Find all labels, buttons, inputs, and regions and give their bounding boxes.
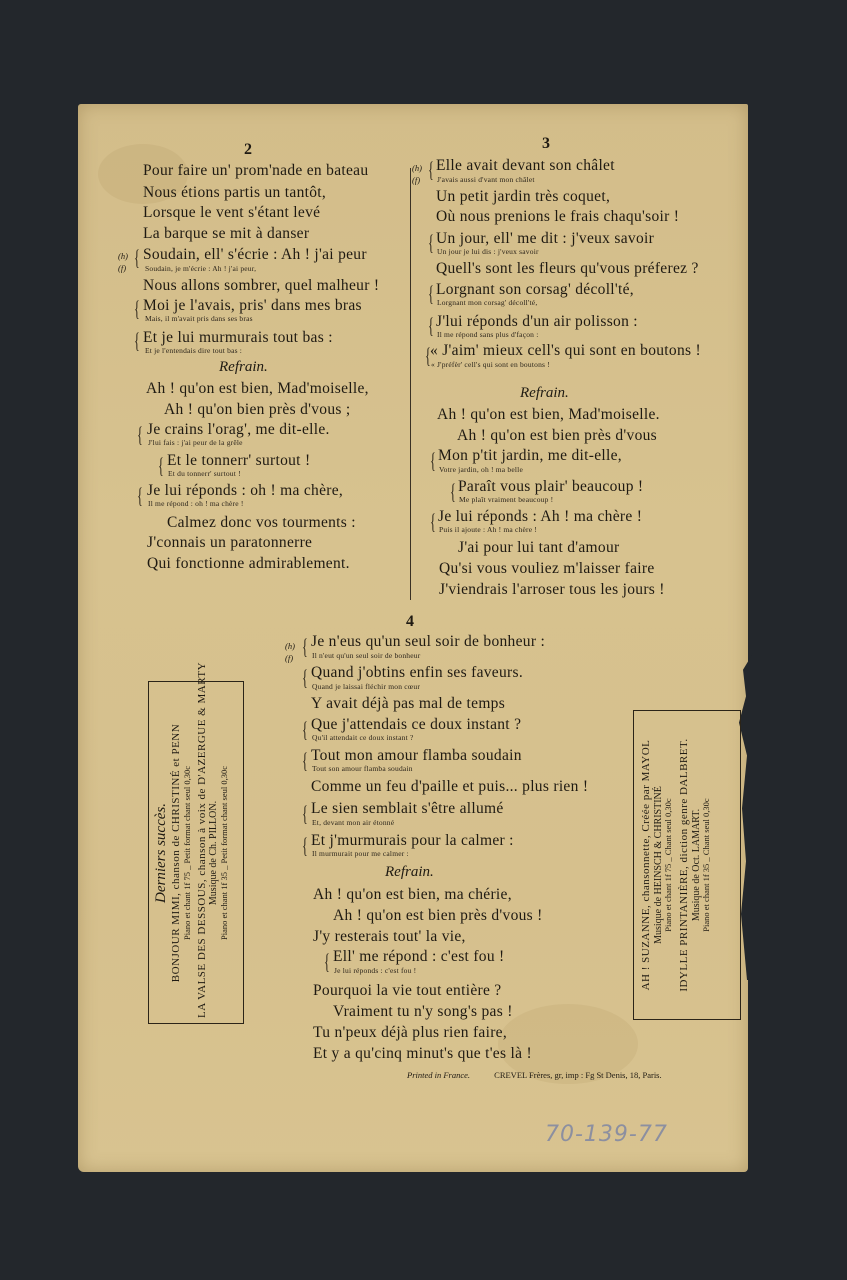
refrain-line: Ah ! qu'on est bien près d'vous ! [333,907,543,925]
brace-icon: { [134,330,140,352]
brace-icon: { [302,719,308,741]
lyric-line: Que j'attendais ce doux instant ? [311,716,521,734]
brace-icon: { [158,455,164,477]
brace-icon: { [302,667,308,689]
lyric-line: « J'aim' mieux cell's qui sont en bouton… [430,342,701,360]
refrain-line: Qu'si vous vouliez m'laisser faire [439,560,655,578]
lyric-line: Comme un feu d'paille et puis... plus ri… [311,778,588,796]
ad-heading: Derniers succès. [153,688,170,1018]
ad-rotated-content: Derniers succès. BONJOUR MIMI, chanson d… [153,688,230,1018]
brace-icon: { [428,315,434,337]
lyric-line: Lorgnant son corsag' décoll'té, [436,281,634,299]
refrain-line: Je lui réponds : oh ! ma chère, [147,482,343,500]
brace-icon: { [302,835,308,857]
verse-number: 3 [542,135,550,153]
refrain-line: Vraiment tu n'y song's pas ! [333,1003,513,1021]
refrain-alt-line: J'lui fais : j'ai peur de la grêle [148,438,243,447]
lyric-alt-line: Il me répond sans plus d'façon : [437,330,538,339]
ad-item-title: AH ! SUZANNE, chansonnette, Créée par MA… [640,716,653,1014]
refrain-line: Ah ! qu'on est bien, ma chérie, [313,886,512,904]
lyric-line: Elle avait devant son châlet [436,157,615,175]
lyric-line: Lorsque le vent s'étant levé [143,204,320,222]
lyric-alt-line: « J'préfèr' cell's qui sont en boutons ! [431,360,550,369]
lyric-alt-line: Et je l'entendais dire tout bas : [145,346,242,355]
lyric-line: Pour faire un' prom'nade en bateau [143,162,368,180]
ad-item-price: Piano et chant 1f 75 _ Chant seul 0,30c [664,716,674,1014]
ad-box-derniers-succes: Derniers succès. BONJOUR MIMI, chanson d… [148,681,244,1024]
lyric-alt-line: Soudain, je m'écrie : Ah ! j'ai peur, [145,264,256,273]
ad-box-right: AH ! SUZANNE, chansonnette, Créée par MA… [633,710,741,1020]
ad-item-price: Piano et chant 1f 35 _ Chant seul 0,30c [702,716,712,1014]
lyric-line: Tout mon amour flamba soudain [311,747,522,765]
lyric-alt-line: Un jour je lui dis : j'veux savoir [437,247,539,256]
verse-number: 4 [406,613,414,631]
lyric-line: La barque se mit à danser [143,225,309,243]
refrain-alt-line: Puis il ajoute : Ah ! ma chère ! [439,525,537,534]
brace-icon: { [302,803,308,825]
refrain-line: Paraît vous plair' beaucoup ! [458,478,643,496]
lyric-line: Un petit jardin très coquet, [436,188,610,206]
lyric-line: Y avait déjà pas mal de temps [311,695,505,713]
lyric-line: Et je lui murmurais tout bas : [143,329,333,347]
refrain-line: Ah ! qu'on est bien près d'vous [457,427,657,445]
brace-icon: { [430,450,436,472]
voice-marker-female: (f) [285,653,293,663]
refrain-alt-line: Il me répond : oh ! ma chère ! [148,499,244,508]
voice-marker-male: (h) [412,163,422,173]
brace-icon: { [137,424,143,446]
lyric-line: Nous allons sombrer, quel malheur ! [143,277,379,295]
brace-icon: { [134,247,140,269]
refrain-line: Je lui réponds : Ah ! ma chère ! [438,508,642,526]
refrain-line: Ell' me répond : c'est fou ! [333,948,505,966]
printer-footer: Printed in France. CREVEL Frères, gr, im… [407,1070,662,1080]
refrain-line: Je crains l'orag', me dit-elle. [147,421,330,439]
lyric-alt-line: Il murmurait pour me calmer : [312,849,409,858]
refrain-line: J'connais un paratonnerre [147,534,312,552]
lyric-line: Moi je l'avais, pris' dans mes bras [143,297,362,315]
verse-number: 2 [244,141,252,159]
lyric-line: Quell's sont les fleurs qu'vous préferez… [436,260,699,278]
refrain-line: J'viendrais l'arroser tous les jours ! [439,581,665,599]
lyric-line: Nous étions partis un tantôt, [143,184,326,202]
voice-marker-male: (h) [118,251,128,261]
lyric-alt-line: Qu'il attendait ce doux instant ? [312,733,413,742]
lyric-alt-line: Mais, il m'avait pris dans ses bras [145,314,253,323]
printed-in-france: Printed in France. [407,1070,470,1080]
lyric-line: Quand j'obtins enfin ses faveurs. [311,664,523,682]
brace-icon: { [137,485,143,507]
refrain-line: J'ai pour lui tant d'amour [458,539,619,557]
ad-rotated-content: AH ! SUZANNE, chansonnette, Créée par MA… [640,716,712,1014]
brace-icon: { [302,636,308,658]
refrain-alt-line: Votre jardin, oh ! ma belle [439,465,523,474]
brace-icon: { [428,232,434,254]
ad-item-title: BONJOUR MIMI, chanson de CHRISTINÉ et PE… [170,688,183,1018]
brace-icon: { [428,283,434,305]
brace-icon: { [134,298,140,320]
ad-item-price: Piano et chant 1f 75 _ Petit format chan… [183,688,193,1018]
lyric-alt-line: Quand je laissai fléchir mon cœur [312,682,420,691]
lyric-alt-line: Et, devant mon air étonné [312,818,394,827]
refrain-line: Et y a qu'cinq minut's que t'es là ! [313,1045,532,1063]
refrain-line: Calmez donc vos tourments : [167,514,356,532]
brace-icon: { [428,159,434,181]
lyric-line: Je n'eus qu'un seul soir de bonheur : [311,633,545,651]
column-divider [410,168,411,600]
ad-item-price: Piano et chant 1f 35 _ Petit format chan… [220,688,230,1018]
refrain-line: J'y resterais tout' la vie, [313,928,466,946]
refrain-line: Et le tonnerr' surtout ! [167,452,310,470]
lyric-line: Où nous prenions le frais chaqu'soir ! [436,208,679,226]
ad-item-title: IDYLLE PRINTANIÈRE, diction genre DALBRE… [678,716,691,1014]
brace-icon: { [450,481,456,503]
refrain-alt-line: Et du tonnerr' surtout ! [168,469,241,478]
lyric-line: Le sien semblait s'être allumé [311,800,504,818]
refrain-line: Ah ! qu'on bien près d'vous ; [164,401,351,419]
lyric-alt-line: Tout son amour flamba soudain [312,764,413,773]
voice-marker-female: (f) [118,263,126,273]
refrain-line: Tu n'peux déjà plus rien faire, [313,1024,507,1042]
voice-marker-female: (f) [412,175,420,185]
refrain-label: Refrain. [385,864,434,881]
lyric-line: Et j'murmurais pour la calmer : [311,832,514,850]
brace-icon: { [324,951,330,973]
inventory-number: 70-139-77 [545,1122,668,1147]
refrain-line: Mon p'tit jardin, me dit-elle, [438,447,622,465]
lyric-alt-line: Il n'eut qu'un seul soir de bonheur [312,651,420,660]
lyric-line: Soudain, ell' s'écrie : Ah ! j'ai peur [143,246,367,264]
lyric-line: Un jour, ell' me dit : j'veux savoir [436,230,654,248]
refrain-line: Ah ! qu'on est bien, Mad'moiselle, [146,380,369,398]
refrain-alt-line: Me plaît vraiment beaucoup ! [459,495,553,504]
refrain-label: Refrain. [520,385,569,402]
refrain-line: Qui fonctionne admirablement. [147,555,350,573]
ad-item-title: LA VALSE DES DESSOUS, chanson à voix de … [196,688,209,1018]
lyric-line: J'lui réponds d'un air polisson : [436,313,638,331]
lyric-alt-line: Lorgnant mon corsag' décoll'té, [437,298,537,307]
brace-icon: { [302,750,308,772]
brace-icon: { [430,511,436,533]
refrain-line: Pourquoi la vie tout entière ? [313,982,502,1000]
refrain-line: Ah ! qu'on est bien, Mad'moiselle. [437,406,660,424]
voice-marker-male: (h) [285,641,295,651]
printer-imprint: CREVEL Frères, gr, imp : Fg St Denis, 18… [494,1070,661,1080]
refrain-label: Refrain. [219,359,268,376]
lyric-alt-line: J'avais aussi d'vant mon châlet [437,175,535,184]
refrain-alt-line: Je lui réponds : c'est fou ! [334,966,416,975]
